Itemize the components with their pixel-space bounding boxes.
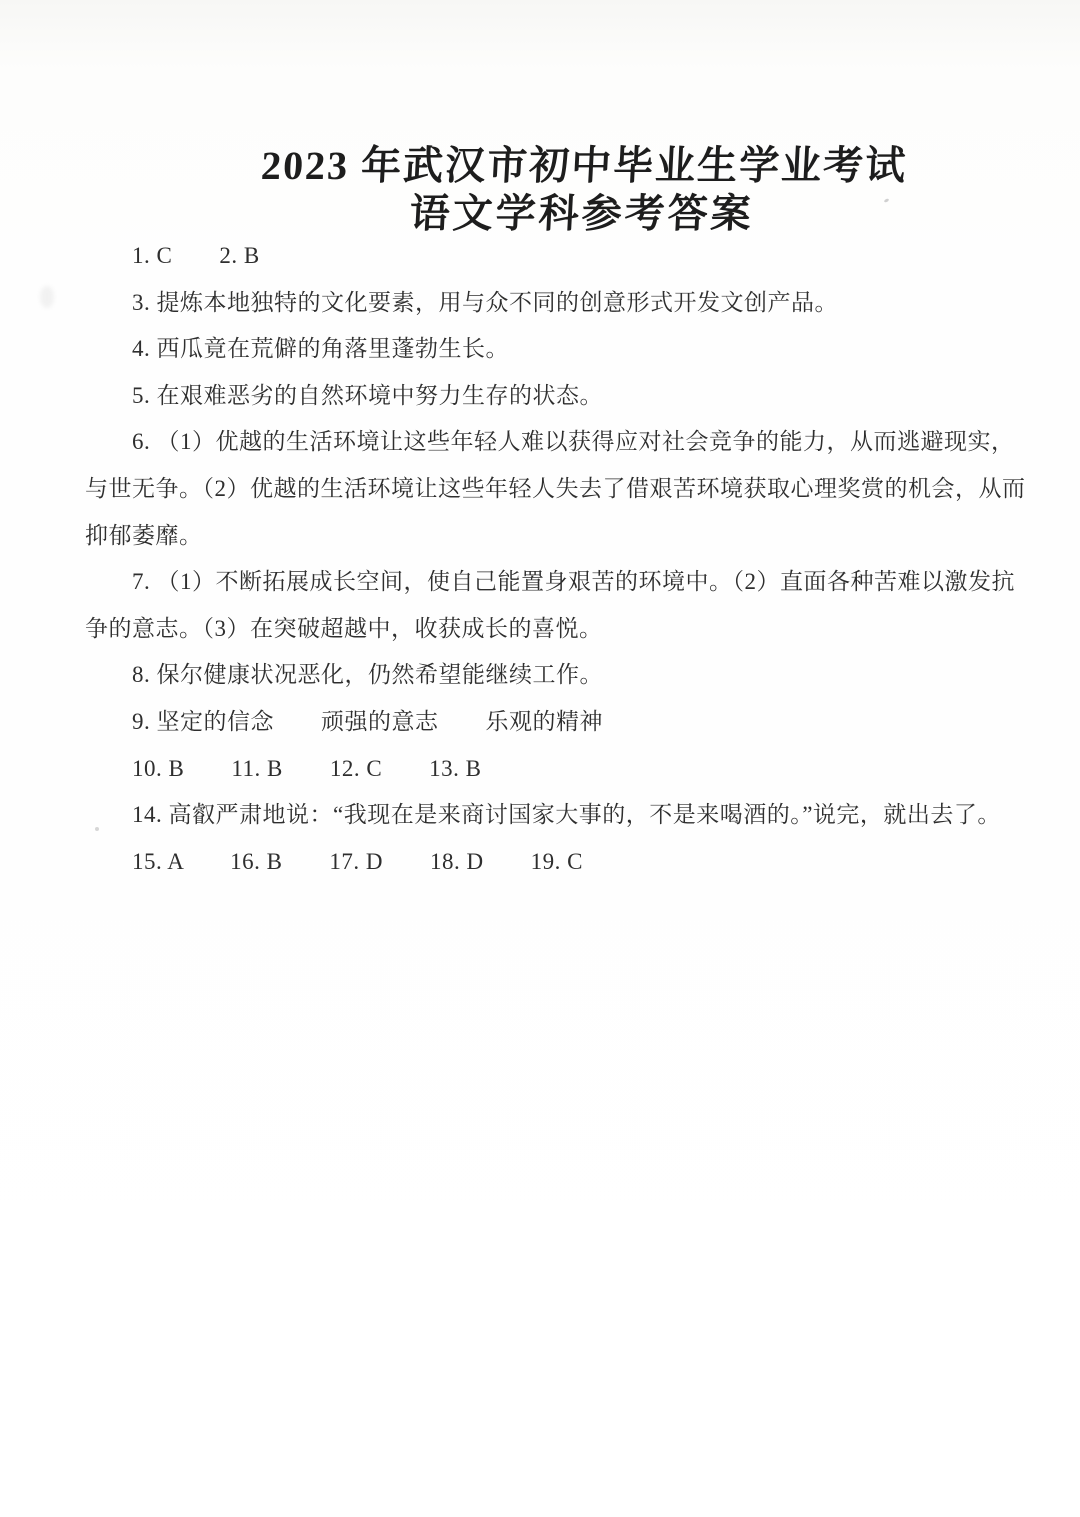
scan-artifact-dot: [95, 827, 99, 831]
scanned-answer-sheet-page: 2023 年武汉市初中毕业生学业考试 语文学科参考答案 1. C 2. B 3.…: [0, 0, 1080, 1517]
answer-line-q6-c: 抑郁萎靡。: [85, 513, 1037, 560]
scan-artifact-smudge: [40, 286, 54, 308]
answer-line-q4: 4. 西瓜竟在荒僻的角落里蓬勃生长。: [85, 326, 1037, 373]
answer-line-q6-a: 6. （1）优越的生活环境让这些年轻人难以获得应对社会竞争的能力，从而逃避现实，: [85, 419, 1037, 466]
answer-line-q10-q13: 10. B 11. B 12. C 13. B: [85, 746, 1037, 793]
answer-line-q14: 14. 高叡严肃地说：“我现在是来商讨国家大事的，不是来喝酒的。”说完，就出去了…: [85, 792, 1037, 839]
answer-line-q1-q2: 1. C 2. B: [85, 233, 1037, 280]
answer-line-q9: 9. 坚定的信念 顽强的意志 乐观的精神: [85, 699, 1037, 746]
answer-line-q7-a: 7. （1）不断拓展成长空间，使自己能置身艰苦的环境中。（2）直面各种苦难以激发…: [85, 559, 1037, 606]
answer-line-q6-b: 与世无争。（2）优越的生活环境让这些年轻人失去了借艰苦环境获取心理奖赏的机会，从…: [85, 466, 1037, 513]
document-title: 2023 年武汉市初中毕业生学业考试 语文学科参考答案: [40, 141, 1080, 237]
title-line-1: 2023 年武汉市初中毕业生学业考试: [43, 141, 1080, 191]
title-line-2: 语文学科参考答案: [40, 191, 1080, 237]
answer-line-q3: 3. 提炼本地独特的文化要素，用与众不同的创意形式开发文创产品。: [85, 280, 1037, 327]
answer-line-q8: 8. 保尔健康状况恶化，仍然希望能继续工作。: [85, 652, 1037, 699]
answer-line-q7-b: 争的意志。（3）在突破超越中，收获成长的喜悦。: [85, 606, 1037, 653]
answer-list: 1. C 2. B 3. 提炼本地独特的文化要素，用与众不同的创意形式开发文创产…: [85, 233, 1037, 885]
answer-line-q15-q19: 15. A 16. B 17. D 18. D 19. C: [85, 839, 1037, 886]
answer-line-q5: 5. 在艰难恶劣的自然环境中努力生存的状态。: [85, 373, 1037, 420]
